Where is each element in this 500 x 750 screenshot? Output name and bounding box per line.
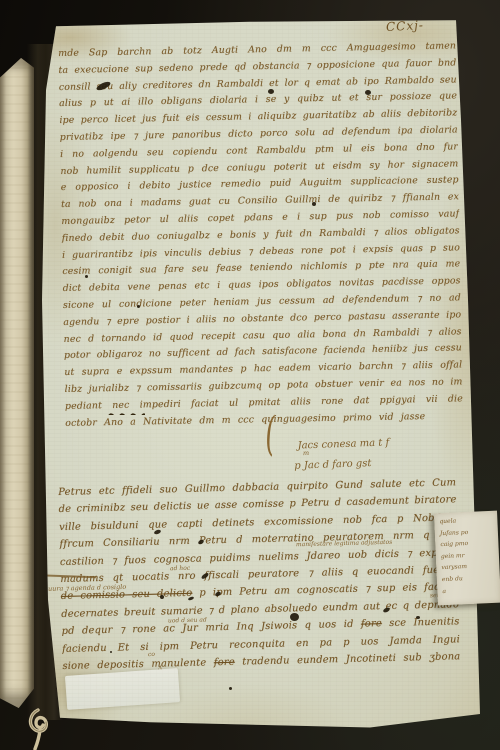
ink-blot [137, 305, 140, 308]
interlinear-insert: co [148, 651, 155, 658]
cancellation-squiggle: xxxxxxxxxx [103, 404, 145, 415]
ink-blot [416, 616, 420, 619]
ink-blot [290, 613, 299, 621]
notary-flourish: ( [265, 426, 275, 440]
record-1-text-block: mde Sap barchn ab totz Augti Ano dm m cc… [58, 38, 463, 432]
ink-blot [110, 651, 112, 653]
ink-blot [365, 90, 371, 95]
repair-tape-patch [65, 668, 180, 710]
ink-blot [268, 89, 274, 94]
interlinear-insert: ad hoc [170, 565, 190, 573]
subscription-line-1: Jacs conesa ma t f [297, 436, 389, 453]
line-text: tradendu eundem Jncotineti sub ʒbona [235, 651, 461, 668]
folio-number: CCxj- [386, 18, 425, 34]
binding-cord [24, 708, 58, 750]
attached-paper-slip: quelaJufans pocaig pmogein mrvarysamenb … [434, 511, 500, 606]
binding-cord-drawing [24, 708, 58, 750]
record-2-text-block: Petrus etc ffideli suo Guillmo dabbacia … [58, 474, 461, 675]
manuscript-photo: { "manuscript": { "folio_number": "CCxj-… [0, 0, 500, 750]
line-text: sione depositis manulente [62, 657, 214, 672]
manuscript-page: CCxj- mde Sap barchn ab totz Augti Ano d… [0, 0, 500, 750]
interlinear-insert: uod d seu ad [168, 616, 207, 624]
interlinear-insert: m [303, 450, 309, 457]
ink-blot [160, 595, 164, 599]
struck-text: fore [361, 618, 382, 630]
ink-blot [312, 202, 316, 206]
subscription-line-2: p Jac d faro gst [294, 457, 372, 474]
line-text: sce Inuenitis [382, 616, 460, 629]
ink-blot [85, 275, 88, 278]
ink-blot [229, 687, 232, 690]
struck-text: fore [214, 657, 235, 669]
